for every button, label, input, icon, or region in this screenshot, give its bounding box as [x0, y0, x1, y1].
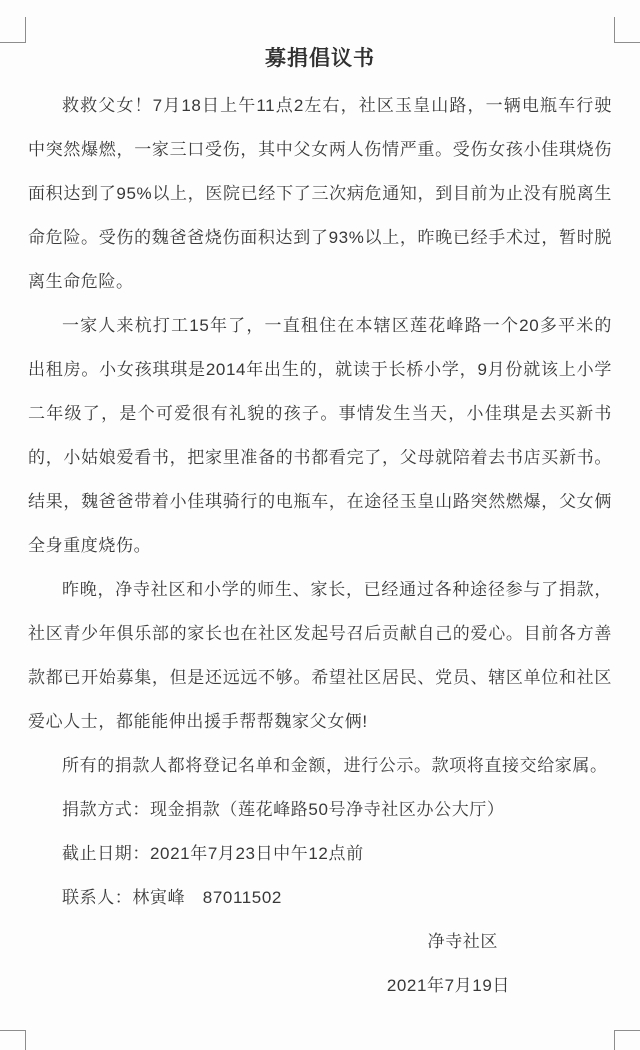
signature-block: 净寺社区 2021年7月19日: [28, 920, 612, 1008]
crop-mark-top-right: [614, 17, 640, 43]
signature-community: 净寺社区: [28, 920, 612, 964]
document-content: 募捐倡议书 救救父女！7月18日上午11点2左右，社区玉皇山路，一辆电瓶车行驶中…: [0, 44, 640, 1008]
document-page: 募捐倡议书 救救父女！7月18日上午11点2左右，社区玉皇山路，一辆电瓶车行驶中…: [0, 0, 640, 1050]
crop-mark-bottom-right: [614, 1030, 640, 1050]
paragraph-donation-appeal: 昨晚，净寺社区和小学的师生、家长，已经通过各种途径参与了捐款，社区青少年俱乐部的…: [28, 568, 612, 744]
crop-mark-top-left: [0, 17, 26, 43]
line-contact: 联系人：林寅峰 87011502: [28, 876, 612, 920]
line-deadline: 截止日期：2021年7月23日中午12点前: [28, 832, 612, 876]
paragraph-family-background: 一家人来杭打工15年了，一直租住在本辖区莲花峰路一个20多平米的出租房。小女孩琪…: [28, 304, 612, 568]
paragraph-public-notice: 所有的捐款人都将登记名单和金额，进行公示。款项将直接交给家属。: [28, 744, 612, 788]
paragraph-incident: 救救父女！7月18日上午11点2左右，社区玉皇山路，一辆电瓶车行驶中突然爆燃，一…: [28, 84, 612, 304]
document-title: 募捐倡议书: [28, 44, 612, 74]
crop-mark-bottom-left: [0, 1030, 26, 1050]
line-donation-method: 捐款方式：现金捐款（莲花峰路50号净寺社区办公大厅）: [28, 788, 612, 832]
document-date: 2021年7月19日: [28, 964, 612, 1008]
